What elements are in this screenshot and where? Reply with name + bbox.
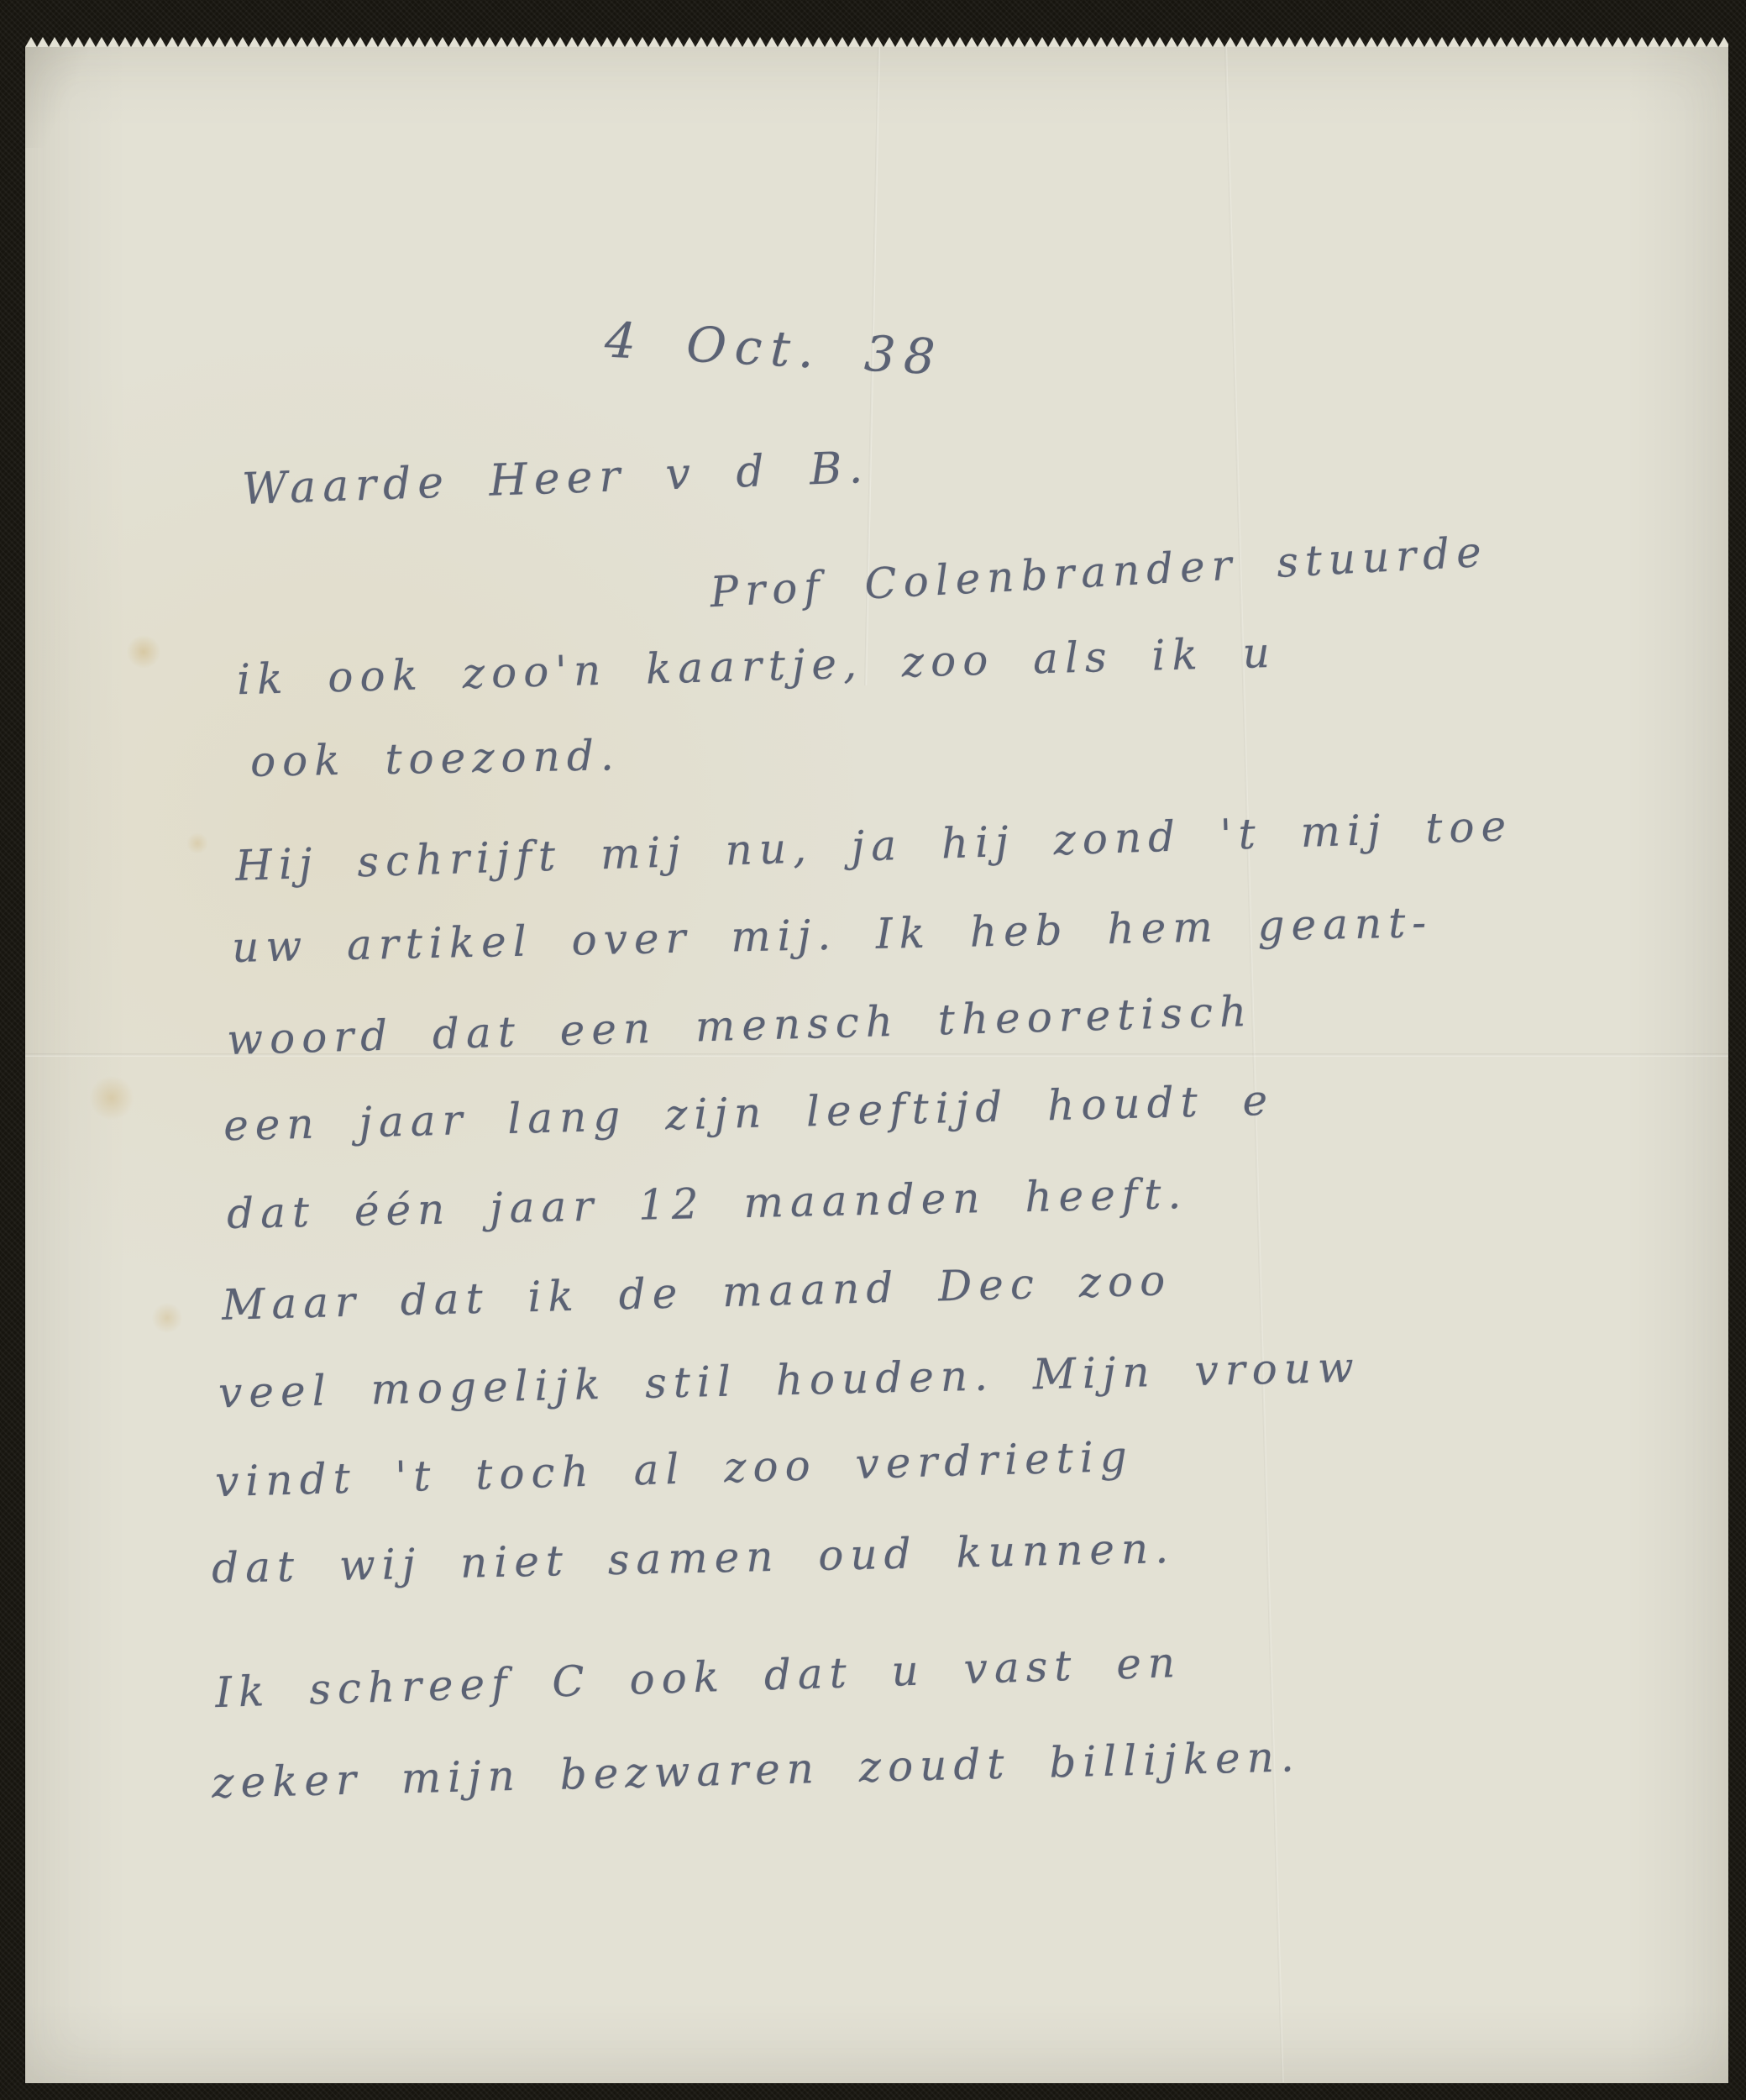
letter-line: Prof Colenbrander stuurde <box>709 531 1489 613</box>
fox-spot <box>126 635 161 669</box>
letter-paper: 4 Oct. 38 Waarde Heer v d B. Prof Colenb… <box>25 47 1728 2083</box>
letter-date-line: 4 Oct. 38 <box>604 315 945 381</box>
letter-line: een jaar lang zijn leeftijd houdt e <box>223 1079 1275 1147</box>
letter-line: woord dat een mensch theoretisch <box>227 990 1254 1061</box>
scan-background: { "letter": { "date": "4 Oct. 38", "salu… <box>0 0 1746 2100</box>
fox-spot <box>186 832 208 854</box>
letter-line: zeker mijn bezwaren zoudt billijken. <box>212 1735 1302 1804</box>
corner-fold-shading <box>25 47 101 148</box>
fox-spot <box>151 1303 183 1333</box>
letter-line: Maar dat ik de maand Dec zoo <box>222 1259 1172 1326</box>
letter-line: Hij schrijft mij nu, ja hij zond 't mij … <box>235 805 1513 887</box>
letter-line: vindt 't toch al zoo verdrietig <box>215 1436 1135 1504</box>
fox-spot <box>88 1076 135 1120</box>
serrated-top-edge <box>25 37 1728 47</box>
letter-line: dat één jaar 12 maanden heeft. <box>227 1173 1188 1235</box>
letter-line: dat wij niet samen oud kunnen. <box>212 1527 1176 1589</box>
letter-line: Ik schreef C ook dat u vast en <box>214 1641 1182 1714</box>
letter-line: uw artikel over mij. Ik heb hem geant- <box>232 901 1434 969</box>
letter-salutation: Waarde Heer v d B. <box>241 446 869 512</box>
letter-line: ook toezond. <box>250 734 621 783</box>
letter-line: veel mogelijk stil houden. Mijn vrouw <box>218 1347 1361 1415</box>
letter-line: ik ook zoo'n kaartje, zoo als ik u <box>237 632 1277 701</box>
